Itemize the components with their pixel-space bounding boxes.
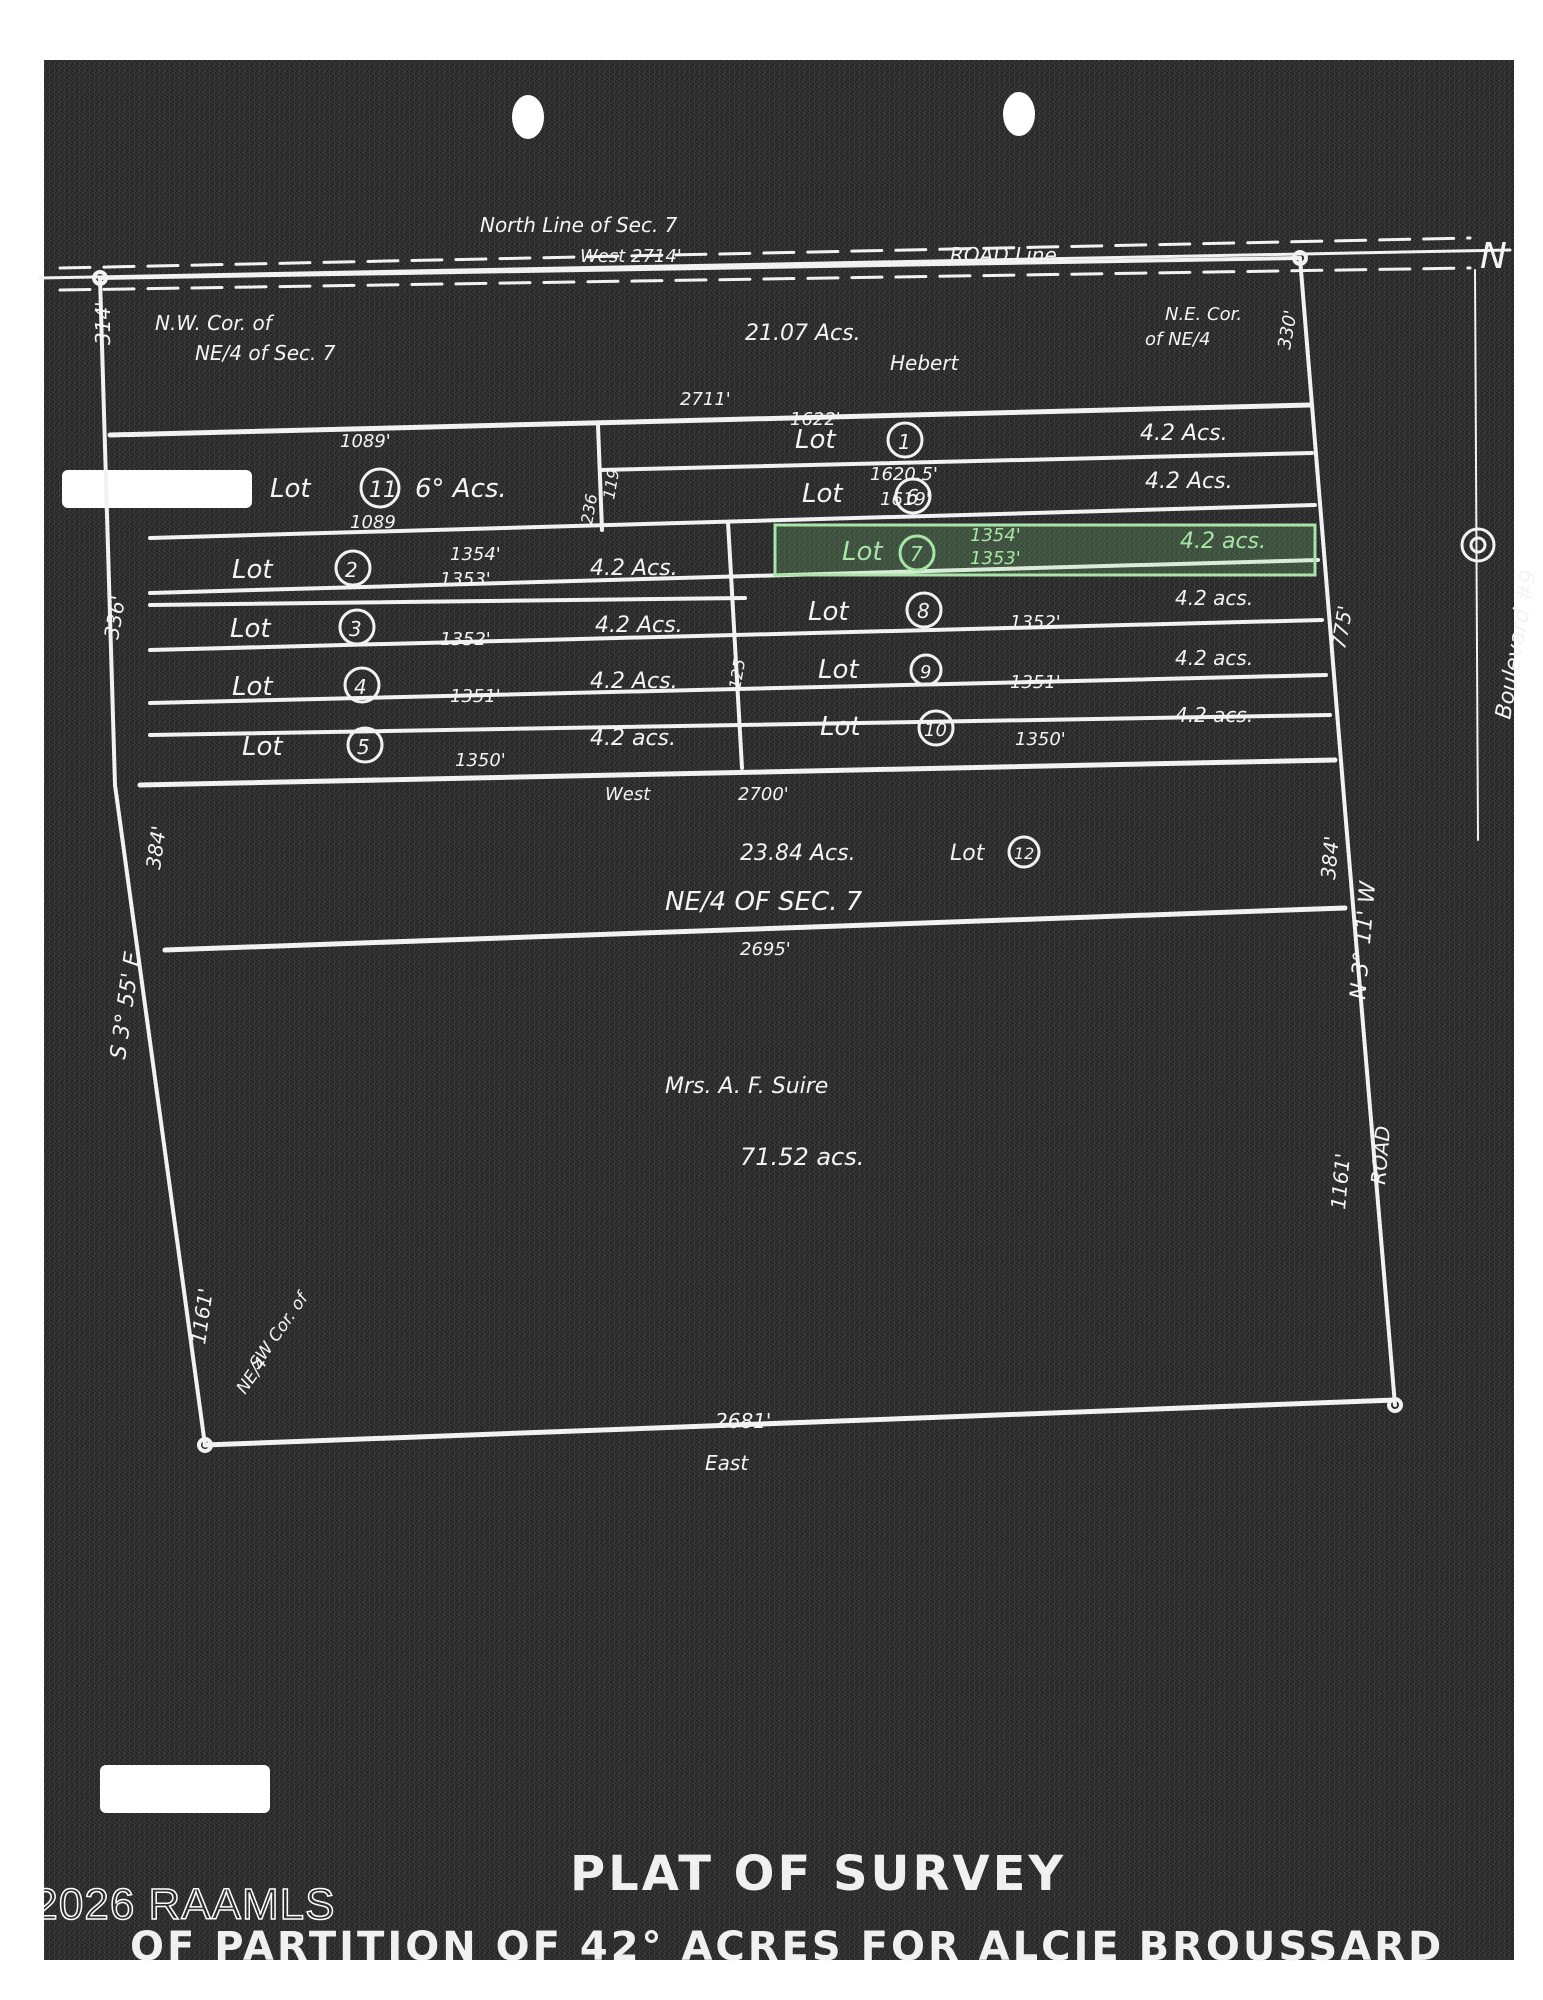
plat-annotation: 11 [369,478,397,503]
plat-annotation: 4.2 acs. [1175,703,1253,727]
plat-annotation: 1622' [790,409,841,430]
plat-annotation: Mrs. A. F. Suire [665,1074,828,1099]
plat-annotation: West 2714' [580,246,682,267]
plat-annotation: 3 [349,617,362,641]
plat-annotation: of NE/4 [1145,329,1210,350]
plat-annotation: 775' [1326,604,1357,651]
plat-annotation: 2681' [715,1409,771,1433]
plat-annotation: 1161' [1326,1152,1355,1210]
plat-annotation: N [1480,236,1507,277]
plat-annotation: N.E. Cor. [1165,304,1242,325]
plat-annotation: 1353' [970,548,1021,569]
plat-annotation: 1354' [970,525,1021,546]
plat-annotation: West [605,784,651,805]
plat-annotation: Hebert [890,351,960,375]
plat-annotation: NE/4 OF SEC. 7 [665,887,863,917]
copyright-watermark: ©2026 RAAMLS [0,1880,335,1930]
plat-annotation: ROAD [1366,1125,1395,1186]
plat-annotation: 5 [357,735,370,759]
plat-annotation: 4.2 acs. [590,726,676,751]
plat-annotation: Lot [230,614,271,644]
plat-annotation: 1351' [1010,672,1061,693]
plat-annotation: 4.2 acs. [1175,646,1253,670]
plat-annotation: 1089 [350,512,396,533]
plat-subtitle: OF PARTITION OF 42° ACRES FOR ALCIE BROU… [130,1924,1444,1970]
plat-annotation: North Line of Sec. 7 [480,213,678,237]
plat-annotation: 336' [99,594,130,641]
lot-11-label: Lot [270,474,311,504]
plat-annotation: 4.2 Acs. [595,613,683,638]
plat-annotation: 1350' [1015,729,1066,750]
plat-annotation: 4.2 acs. [1175,586,1253,610]
plat-annotation: 1620.5' [870,464,938,485]
plat-annotation: 236 [577,492,601,525]
plat-annotation: ROAD Line [950,243,1057,267]
plat-annotation: S 3° 55' E [106,950,146,1060]
plat-annotation: 4.2 Acs. [590,556,678,581]
plat-annotation: 1 [898,430,911,454]
plat-annotation: 1354' [450,544,501,565]
plat-annotation: 314' [91,301,115,345]
plat-annotation: 4 [354,675,367,699]
plat-annotation: Boulevard #9 [1491,568,1542,721]
plat-annotation: 4.2 Acs. [1140,421,1228,446]
plat-annotation: 8 [917,599,930,623]
plat-annotation: 4.2 Acs. [590,669,678,694]
plat-annotation: 384' [1316,835,1344,881]
plat-annotation: 1619' [880,489,931,510]
plat-annotation: Lot [242,732,283,762]
plat-annotation: 2700' [738,784,789,805]
plat-annotation: Lot [802,479,843,509]
lot-7-label: Lot [842,537,883,567]
plat-annotation: N.W. Cor. of [155,311,275,335]
plat-annotation: 1353' [440,569,491,590]
plat-annotation: 2711' [680,389,731,410]
plat-annotation: 384' [141,824,171,871]
plat-annotation: 10 [924,720,947,741]
plat-annotation: 4.2 Acs. [1145,469,1233,494]
plat-annotation: Lot [818,655,859,685]
plat-annotation: 71.52 acs. [740,1143,864,1171]
plat-annotation: Lot [232,555,273,585]
plat-annotation: 9 [920,662,931,683]
plat-annotation: 7 [910,542,923,566]
plat-annotation: 4.2 acs. [1180,529,1266,554]
plat-annotation: 1350' [455,750,506,771]
plat-annotation: 2695' [740,939,791,960]
plat-annotation: 2 [345,558,358,582]
plat-annotation: 119 [599,467,623,500]
plat-annotation: Lot [820,712,861,742]
plat-title: PLAT OF SURVEY [570,1846,1066,1902]
plat-annotation: 6° Acs. [415,474,507,504]
plat-annotation: 1089' [340,431,391,452]
plat-annotation: Lot [950,841,986,866]
plat-annotation: 1352' [440,629,491,650]
plat-drawing: Lot 11 6° Acs. 1089' 1089 Lot 2 1354' 13… [0,0,1543,2000]
plat-annotation: 1161' [186,1286,218,1345]
plat-annotation: 12 [1014,844,1034,863]
plat-annotation: 23.84 Acs. [740,841,856,866]
plat-annotation: 125 [725,657,749,690]
plat-annotation: East [705,1451,749,1475]
plat-annotation: 1352' [1010,612,1061,633]
plat-annotation: Lot [808,597,849,627]
plat-annotation: 330' [1274,309,1302,351]
plat-annotation: NE/4 of Sec. 7 [195,341,336,365]
plat-annotation: 21.07 Acs. [745,321,861,346]
plat-annotation: 1351' [450,686,501,707]
plat-annotation: Lot [232,672,273,702]
